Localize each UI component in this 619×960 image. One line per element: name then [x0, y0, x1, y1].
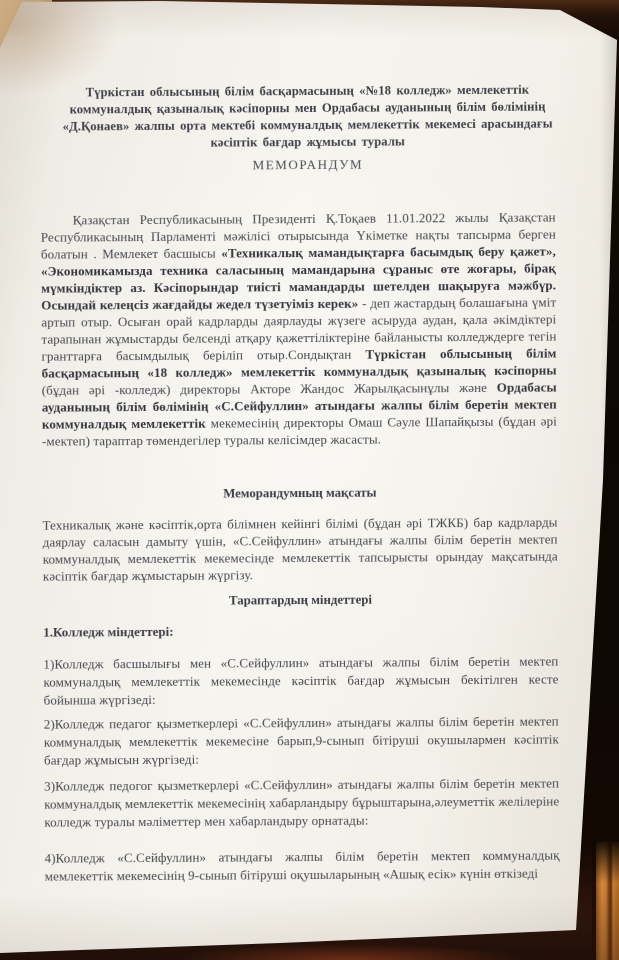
purpose-section-heading: Меморандумның мақсаты: [42, 484, 557, 502]
obligations-section-heading: Тараптардың міндеттері: [43, 591, 558, 609]
obligation-item-3: 3)Колледж педогог қызметкерлері «С.Сейфу…: [44, 774, 559, 831]
obligation-item-2: 2)Колледж педагог қызметкерлері «С.Сейфу…: [44, 712, 559, 769]
document-page: Түркістан облысының білім басқармасының …: [0, 0, 619, 960]
text-run: (бұдан әрі -колледж) директоры Акторе Жа…: [42, 380, 497, 398]
document-title: Түркістан облысының білім басқармасының …: [45, 81, 570, 152]
purpose-paragraph: Техникалық және кәсіптік,орта білімнен к…: [43, 513, 558, 584]
college-obligations-heading: 1.Колледж міндеттері:: [43, 621, 558, 640]
obligation-item-1: 1)Колледж басшылығы мен «С.Сейфуллин» ат…: [43, 652, 558, 709]
document-photo: Түркістан облысының білім басқармасының …: [0, 0, 619, 960]
document-content: Түркістан облысының білім басқармасының …: [0, 0, 619, 960]
wood-table-edge: [592, 842, 619, 960]
document-type-heading: МЕМОРАНДУМ: [45, 155, 570, 174]
intro-paragraph: Қазақстан Республикасының Президенті Қ.Т…: [41, 208, 557, 449]
obligation-item-4: 4)Колледж «С.Сейфуллин» атындағы жалпы б…: [45, 846, 560, 885]
